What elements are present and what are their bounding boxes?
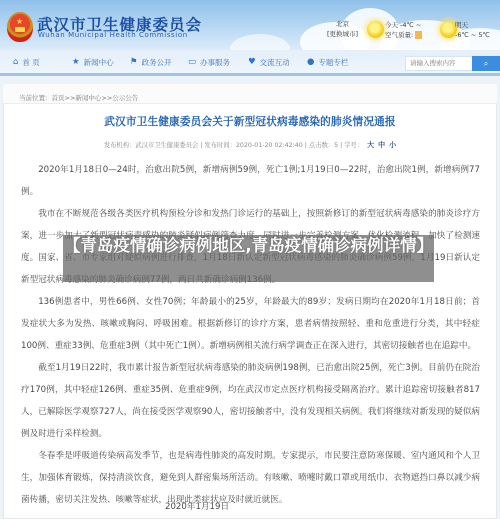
font-size-small[interactable]: 小 — [389, 141, 396, 149]
change-city-link[interactable]: [更换城市] — [327, 29, 358, 39]
today-label: 今天 — [385, 21, 398, 29]
weather-today: 今天 -4℃ ~ 空气质量: — [385, 20, 422, 40]
meta-info: 发布机构：武汉市卫生健康委员会 | 发布时间：2020-01-20 02:42:… — [104, 142, 363, 149]
nav-item-topics[interactable]: ● 专题专栏 — [307, 57, 348, 68]
article-body: 2020年1月18日0—24时，治愈出院5例，新增病例59例，死亡1例;1月19… — [21, 159, 480, 511]
national-emblem-icon[interactable]: ★ — [7, 12, 33, 42]
article-meta: 发布机构：武汉市卫生健康委员会 | 发布时间：2020-01-20 02:42:… — [0, 140, 500, 150]
weather-city: 北京 [更换城市] — [327, 19, 358, 39]
today-temp: -4℃ ~ — [400, 21, 421, 29]
sign-date: 2020年1月19日 — [165, 500, 229, 512]
nav-item-interaction[interactable]: ♥ 交流互动 — [248, 57, 290, 68]
paragraph: 冬春季是呼吸道传染病高发季节，也是病毒性肺炎的高发时期。专家提示，市民要注意防寒… — [21, 445, 480, 511]
caption-text: 【青岛疫情确诊病例地区,青岛疫情确诊病例详情】 — [63, 235, 434, 257]
font-size-large[interactable]: 大 — [367, 141, 374, 149]
site-subtitle: Wuhan Municipal Health Commission — [38, 31, 188, 39]
nav-label: 交流互动 — [260, 57, 290, 68]
article-title: 武汉市卫生健康委员会关于新型冠状病毒感染的肺炎情况通报 — [0, 114, 500, 129]
star-icon: ★ — [72, 58, 80, 67]
nav-item-home[interactable]: ⌂ 首 页 — [13, 57, 40, 68]
paragraph: 2020年1月18日0—24时，治愈出院5例，新增病例59例，死亡1例;1月19… — [21, 159, 480, 203]
air-quality-label: 空气质量: — [385, 31, 413, 39]
air-quality-badge — [415, 31, 422, 39]
nav-label: 首 页 — [22, 57, 39, 68]
font-size-medium[interactable]: 中 — [378, 141, 385, 149]
flag-icon: ⚑ — [130, 58, 138, 67]
city-name: 北京 — [327, 19, 358, 29]
search-icon: ⌕ — [484, 59, 488, 68]
nav-label: 办事服务 — [200, 57, 230, 68]
cloud-decoration — [230, 34, 290, 50]
nav-label: 新闻中心 — [84, 57, 114, 68]
monitor-icon: ▭ — [188, 58, 196, 67]
search-input[interactable] — [405, 56, 473, 71]
heart-icon: ♥ — [248, 58, 256, 67]
paragraph: 截至1月19日22时，我市累计报告新型冠状病毒感染的肺炎病例198例，已治愈出院… — [21, 357, 480, 445]
nav-item-gov-affairs[interactable]: ⚑ 政务公开 — [130, 57, 172, 68]
nav-label: 政务公开 — [142, 57, 172, 68]
weather-tomorrow: 明天 -6℃ ~ 5℃ — [455, 20, 490, 40]
nav-item-services[interactable]: ▭ 办事服务 — [188, 57, 230, 68]
site-header: ★ 武汉市卫生健康委员会 Wuhan Municipal Health Comm… — [0, 0, 500, 50]
chat-icon: ● — [307, 58, 314, 67]
tomorrow-label: 明天 — [455, 20, 490, 30]
sun-icon — [367, 21, 384, 38]
search-button[interactable]: ⌕ — [472, 56, 500, 71]
home-icon: ⌂ — [13, 58, 18, 67]
breadcrumb[interactable]: 当前位置：首页>>新闻中心>>公示公告 — [19, 93, 138, 102]
tomorrow-temp: -6℃ ~ 5℃ — [455, 30, 490, 40]
nav-label: 专题专栏 — [318, 57, 348, 68]
nav-item-news[interactable]: ★ 新闻中心 — [72, 57, 114, 68]
paragraph: 136例患者中，男性66例、女性70例；年龄最小的25岁，年龄最大的89岁；发病… — [21, 291, 480, 357]
